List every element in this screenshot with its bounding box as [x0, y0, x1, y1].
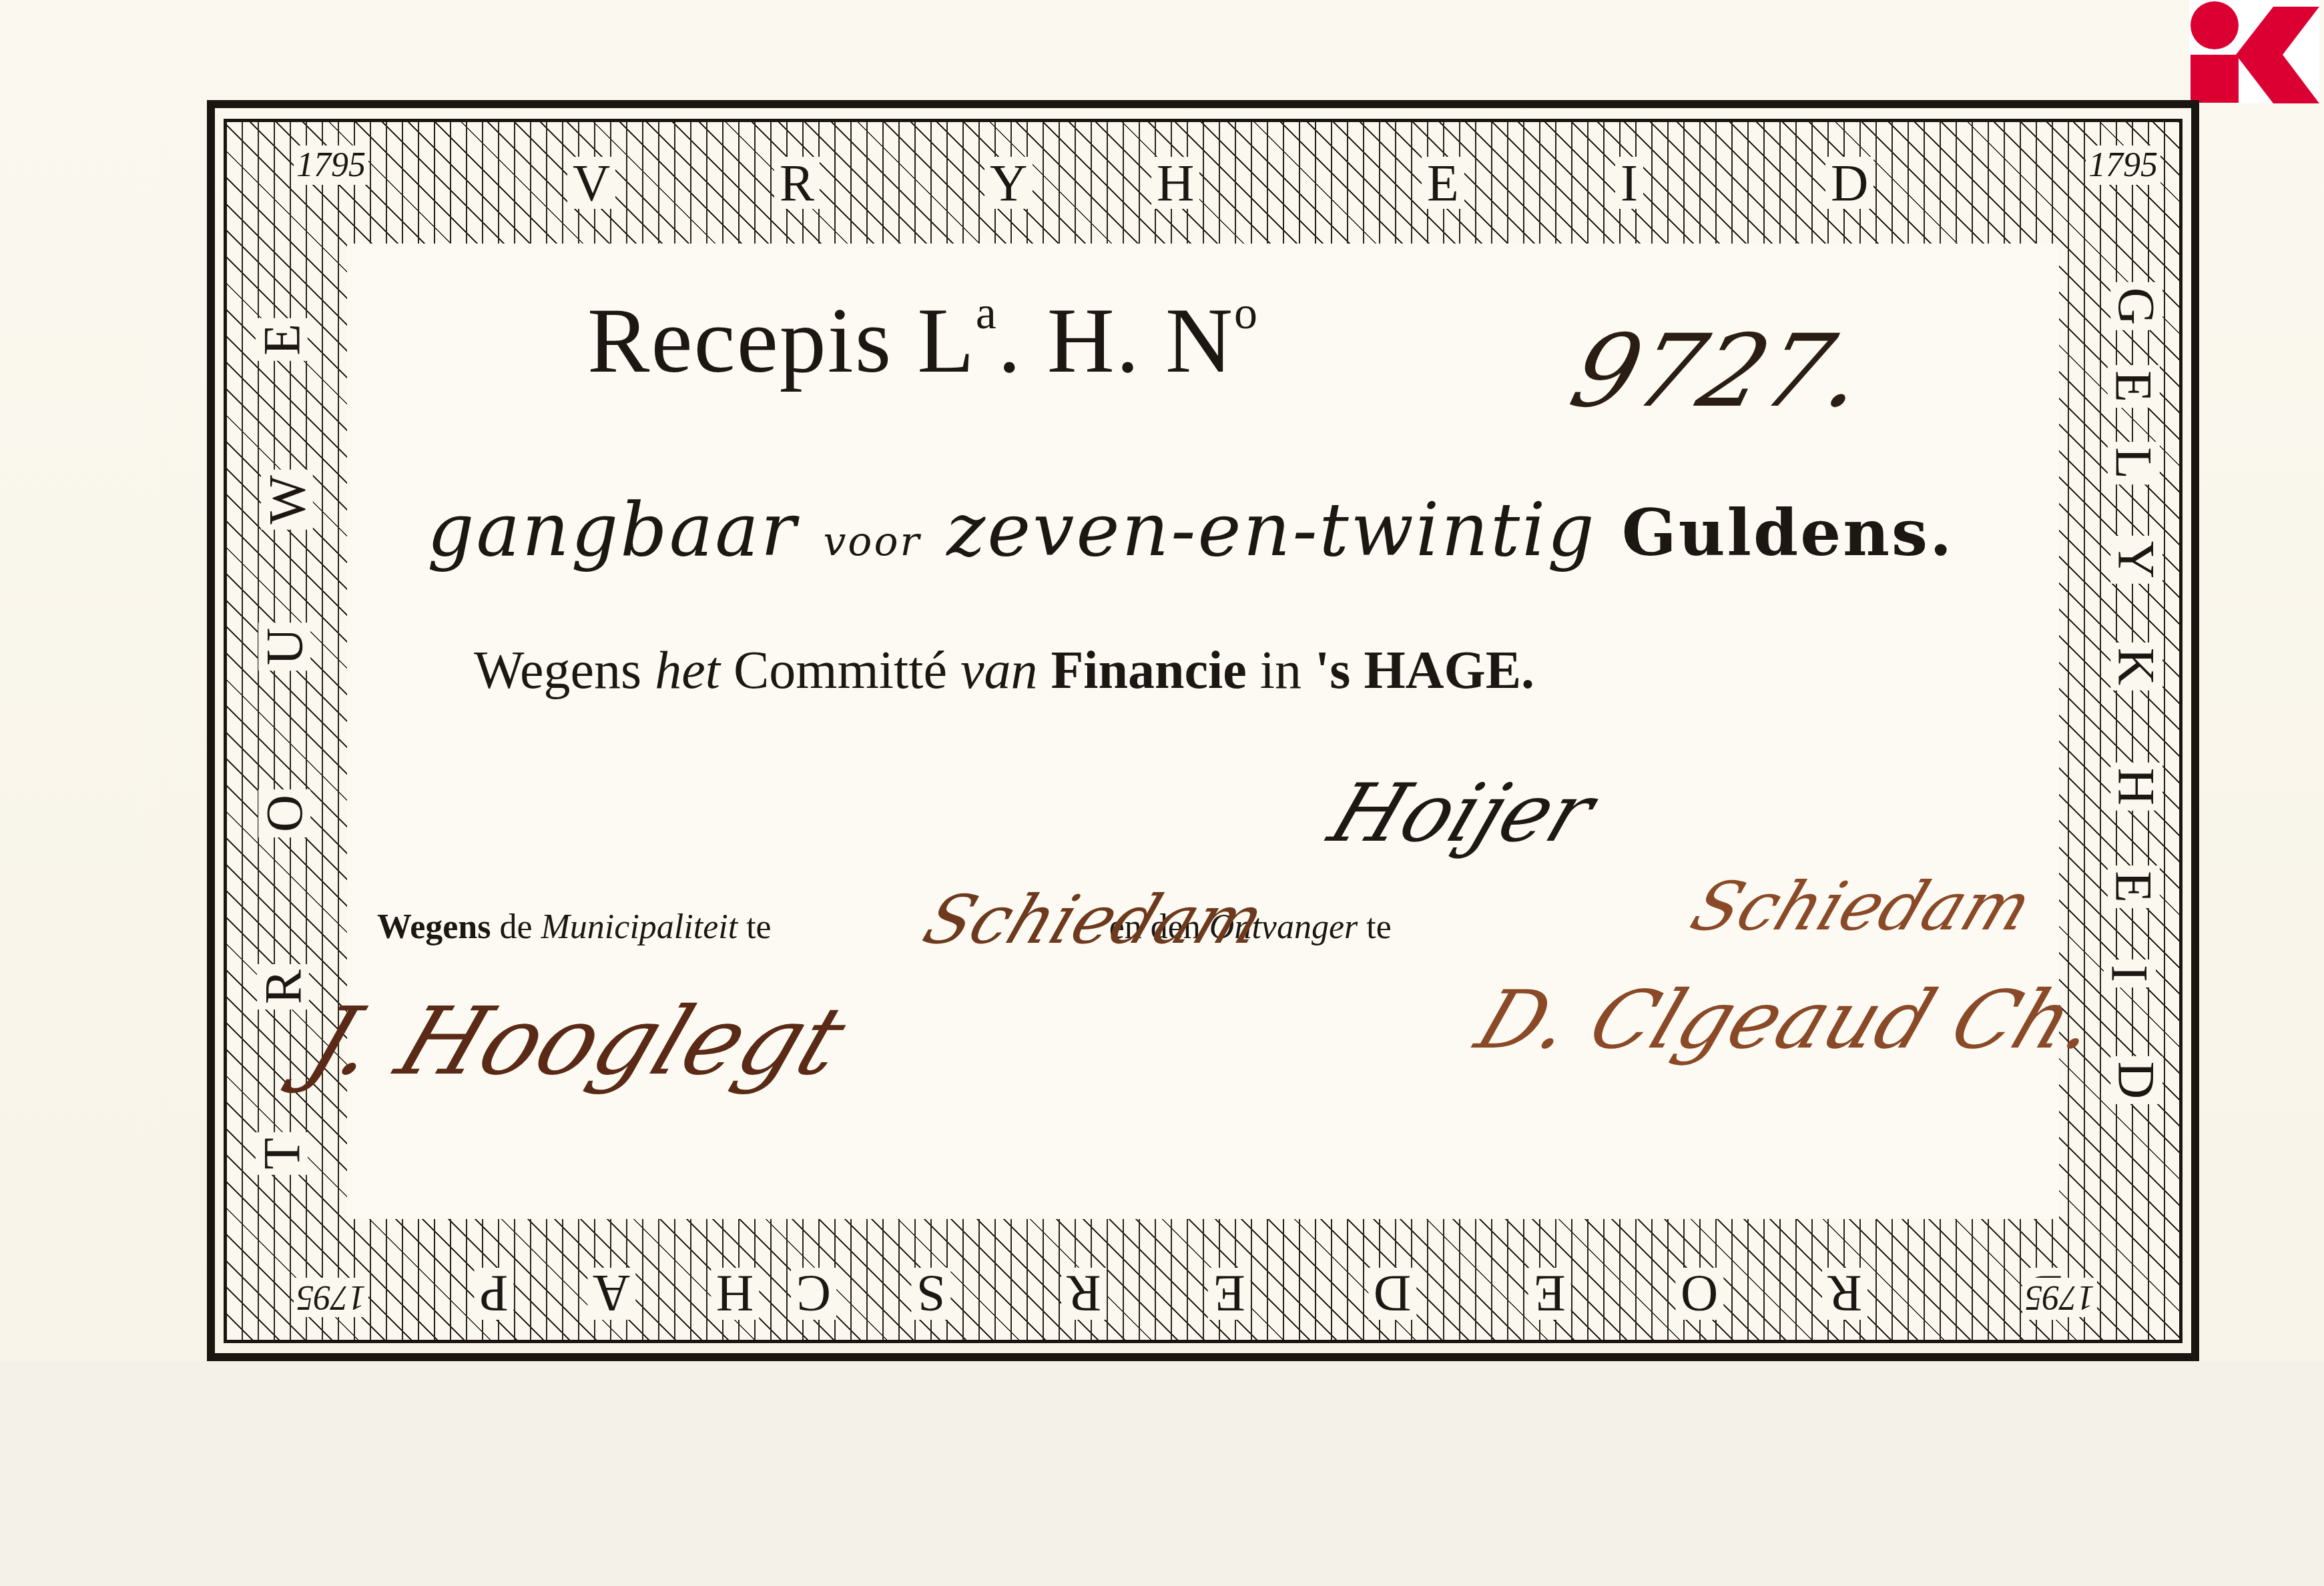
authority-committee: Committé: [734, 641, 947, 700]
value-prefix: gangbaar: [427, 487, 798, 572]
municipality-te: te: [746, 908, 772, 946]
value-voor: voor: [823, 518, 921, 565]
border-letter: G: [2110, 282, 2162, 330]
border-letter: R: [774, 157, 820, 209]
border-letter: E: [1528, 1268, 1571, 1320]
border-letter: R: [257, 964, 309, 1010]
border-letter: T: [256, 1132, 308, 1175]
border-letter: E: [2108, 365, 2160, 408]
border-letter: D: [1825, 157, 1873, 209]
border-year-bottom-left: 1795: [294, 1278, 368, 1317]
border-letter: D: [1368, 1268, 1416, 1320]
logo-k-icon: [2236, 7, 2319, 103]
border-letter: O: [258, 789, 310, 837]
border-letter: I: [2104, 959, 2156, 987]
border-letter: L: [2108, 442, 2160, 484]
border-letter: Y: [984, 157, 1033, 209]
authority-in: in: [1260, 641, 1301, 700]
note-title: Recepis La. H. No: [587, 287, 1259, 394]
authority-financie: Financie: [1051, 641, 1247, 700]
signature-right: D. Clgeaud Ch.: [1465, 974, 2111, 1067]
letter-sup: a: [976, 288, 998, 339]
value-line: gangbaar voor zeven-en-twintig Guldens.: [427, 487, 1954, 572]
border-letter: V: [567, 157, 615, 209]
border-letter: W: [261, 470, 313, 530]
handwritten-city-left: Schiedam: [914, 881, 1275, 959]
value-amount: zeven-en-twintig: [946, 487, 1596, 572]
municipality-de: de: [499, 908, 532, 946]
authority-line: Wegens het Committé van Financie in 's H…: [474, 641, 1534, 701]
border-letter: C: [791, 1268, 836, 1320]
series-label: H.: [1047, 289, 1141, 392]
border-letter: E: [2108, 865, 2160, 908]
border-year-top-right: 1795: [2086, 145, 2160, 185]
border-letter: A: [587, 1268, 635, 1320]
border-letter: S: [911, 1268, 950, 1320]
authority-van: van: [960, 641, 1038, 700]
municipality-label: Municipaliteit: [541, 908, 738, 946]
letter-label: L: [917, 289, 976, 392]
logo-stem-icon: [2191, 55, 2239, 103]
authority-het: het: [655, 641, 720, 700]
authority-wegens: Wegens: [474, 641, 641, 700]
border-letter: P: [474, 1268, 513, 1320]
ik-logo: [2189, 0, 2319, 103]
paper-margin: [0, 1361, 2324, 1586]
title-word: Recepis: [587, 289, 892, 392]
value-currency: Guldens.: [1622, 495, 1954, 570]
border-letter: H: [1151, 157, 1199, 209]
signature-left: J. Hooglegt: [294, 987, 859, 1096]
border-letter: H: [711, 1268, 759, 1320]
border-year-top-left: 1795: [294, 145, 368, 185]
logo-dot-icon: [2191, 1, 2239, 49]
handwritten-city-right: Schiedam: [1681, 867, 2042, 945]
ontvanger-te: te: [1366, 908, 1392, 946]
border-letter: U: [258, 623, 310, 671]
border-letter: I: [1615, 157, 1643, 209]
border-letter: R: [1822, 1268, 1867, 1320]
border-letter: Y: [2110, 536, 2162, 584]
border-letter: O: [1675, 1268, 1723, 1320]
municipality-wegens: Wegens: [377, 908, 491, 946]
border-letter: D: [2110, 1056, 2162, 1104]
border-letter: K: [2110, 643, 2162, 691]
border-letter: E: [256, 318, 308, 361]
border-letter: R: [1061, 1268, 1107, 1320]
border-letter: E: [1422, 157, 1464, 209]
number-sup: o: [1234, 288, 1259, 339]
number-label: N: [1165, 289, 1234, 392]
border-year-bottom-right: 1795: [2022, 1278, 2097, 1317]
signature-hoijer: Hoijer: [1318, 767, 1606, 860]
border-letter: E: [1208, 1268, 1251, 1320]
serial-number: 9727.: [1560, 314, 1877, 430]
authority-place: 's HAGE.: [1315, 641, 1534, 700]
border-letter: H: [2110, 763, 2162, 811]
